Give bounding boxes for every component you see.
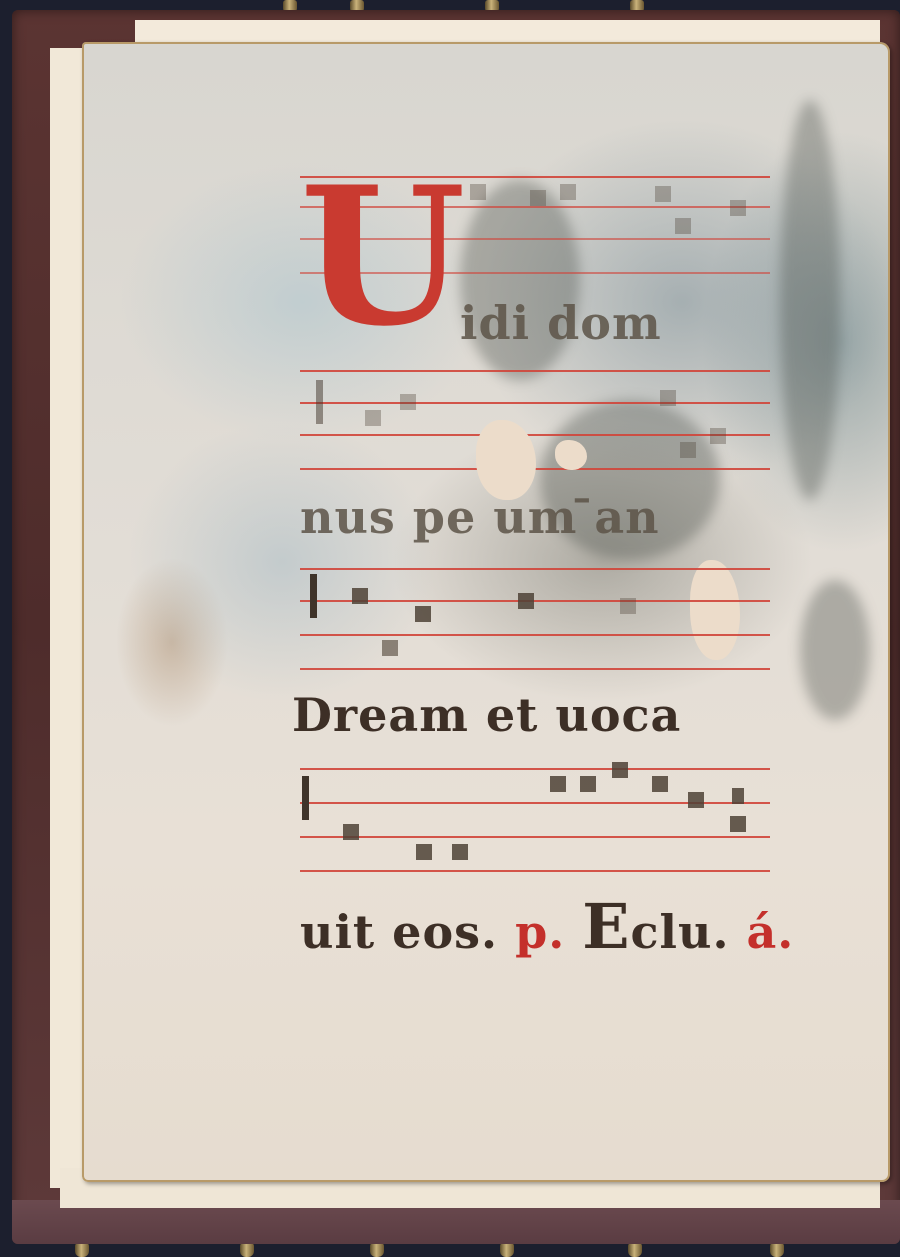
chant-note	[688, 792, 704, 808]
chant-note	[730, 200, 746, 216]
lyric-line-4: uit eos. p. Eclu. á.	[300, 890, 794, 963]
mold-stain	[780, 100, 840, 500]
binding-pin	[770, 1243, 784, 1257]
chant-note	[580, 776, 596, 792]
chant-note	[452, 844, 468, 860]
lyric-line-2: nus pe um ̄an	[300, 490, 660, 544]
binding-pin	[240, 1243, 254, 1257]
staff-4	[300, 768, 770, 868]
chant-note	[365, 410, 381, 426]
euouae-text: clu.	[631, 905, 730, 959]
binding-pin	[75, 1243, 89, 1257]
rubric-antiphon-cue: á.	[747, 905, 795, 959]
chant-note	[382, 640, 398, 656]
illuminated-initial: U	[300, 172, 460, 350]
chant-note	[415, 606, 431, 622]
c-clef-icon	[316, 380, 323, 424]
chant-note	[550, 776, 566, 792]
c-clef-icon	[310, 574, 317, 618]
chant-note	[400, 394, 416, 410]
chant-note	[730, 816, 746, 832]
binding-pin	[500, 1243, 514, 1257]
chant-note	[343, 824, 359, 840]
lyric-text: uit eos.	[300, 905, 498, 959]
mold-stain	[800, 580, 870, 720]
chant-note	[680, 442, 696, 458]
chant-note	[416, 844, 432, 860]
chant-note	[518, 593, 534, 609]
chant-note	[530, 190, 546, 206]
chant-note	[732, 788, 744, 804]
chant-note	[560, 184, 576, 200]
euouae-initial: E	[582, 890, 630, 963]
chant-note	[620, 598, 636, 614]
rubric-psalm-cue: p.	[515, 905, 565, 959]
lyric-line-3: Dream et uoca	[292, 688, 681, 742]
chant-note	[612, 762, 628, 778]
parchment-loss	[555, 440, 587, 470]
lyric-line-1: idi dom	[460, 296, 662, 350]
chant-note	[660, 390, 676, 406]
binding-pin	[628, 1243, 642, 1257]
chant-note	[710, 428, 726, 444]
binding-pin	[370, 1243, 384, 1257]
chant-note	[352, 588, 368, 604]
chant-note	[470, 184, 486, 200]
chant-note	[675, 218, 691, 234]
chant-note	[652, 776, 668, 792]
c-clef-icon	[302, 776, 309, 820]
chant-note	[655, 186, 671, 202]
staff-3	[300, 568, 770, 668]
